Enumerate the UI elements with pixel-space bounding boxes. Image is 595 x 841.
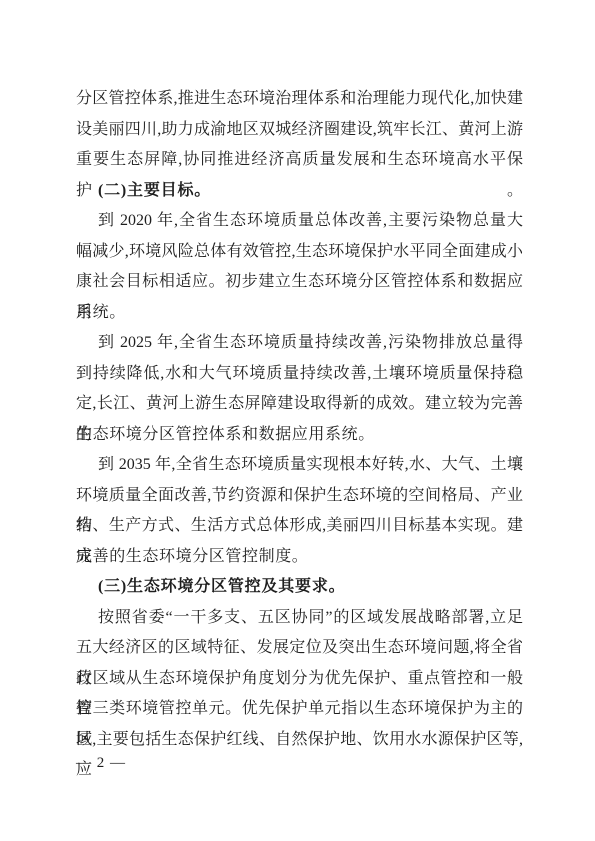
text-line: 分区管控体系,推进生态环境治理体系和治理能力现代化,加快建 (76, 84, 523, 115)
text-line: 到持续降低,水和大气环境质量持续改善,土壤环境质量保持稳 (76, 359, 523, 390)
text-line: 到 2035 年,全省生态环境质量实现根本好转,水、大气、土壤 (76, 450, 523, 481)
text-line: 重要生态屏障,协同推进经济高质量发展和生态环境高水平保护。 (76, 145, 523, 176)
text-line: 系统。 (76, 298, 523, 329)
text-line: 完善的生态环境分区管控制度。 (76, 542, 523, 573)
document-page: 分区管控体系,推进生态环境治理体系和治理能力现代化,加快建设美丽四川,助力成渝地… (0, 0, 595, 841)
text-line: 控三类环境管控单元。优先保护单元指以生态环境保护为主的区 (76, 694, 523, 725)
text-line: 环境质量全面改善,节约资源和保护生态环境的空间格局、产业结 (76, 481, 523, 512)
text-line: 幅减少,环境风险总体有效管控,生态环境保护水平同全面建成小 (76, 237, 523, 268)
document-body: 分区管控体系,推进生态环境治理体系和治理能力现代化,加快建设美丽四川,助力成渝地… (76, 84, 523, 755)
text-line: 构、生产方式、生活方式总体形成,美丽四川目标基本实现。建成 (76, 511, 523, 542)
text-line: 五大经济区的区域特征、发展定位及突出生态环境问题,将全省行 (76, 633, 523, 664)
text-line: 政区域从生态环境保护角度划分为优先保护、重点管控和一般管 (76, 664, 523, 695)
text-line: 到 2020 年,全省生态环境质量总体改善,主要污染物总量大 (76, 206, 523, 237)
text-line: 生态环境分区管控体系和数据应用系统。 (76, 420, 523, 451)
text-line: 设美丽四川,助力成渝地区双城经济圈建设,筑牢长江、黄河上游 (76, 115, 523, 146)
section-heading: (三)生态环境分区管控及其要求。 (76, 572, 523, 603)
text-line: 到 2025 年,全省生态环境质量持续改善,污染物排放总量得 (76, 328, 523, 359)
text-line: 按照省委“一干多支、五区协同”的区域发展战略部署,立足 (76, 603, 523, 634)
text-line: 康社会目标相适应。初步建立生态环境分区管控体系和数据应用 (76, 267, 523, 298)
text-line: 域,主要包括生态保护红线、自然保护地、饮用水水源保护区等,应 (76, 725, 523, 756)
page-footer: — 2 — (76, 752, 126, 774)
text-line: 定,长江、黄河上游生态屏障建设取得新的成效。建立较为完善的 (76, 389, 523, 420)
page-number: — 2 — (76, 755, 126, 771)
